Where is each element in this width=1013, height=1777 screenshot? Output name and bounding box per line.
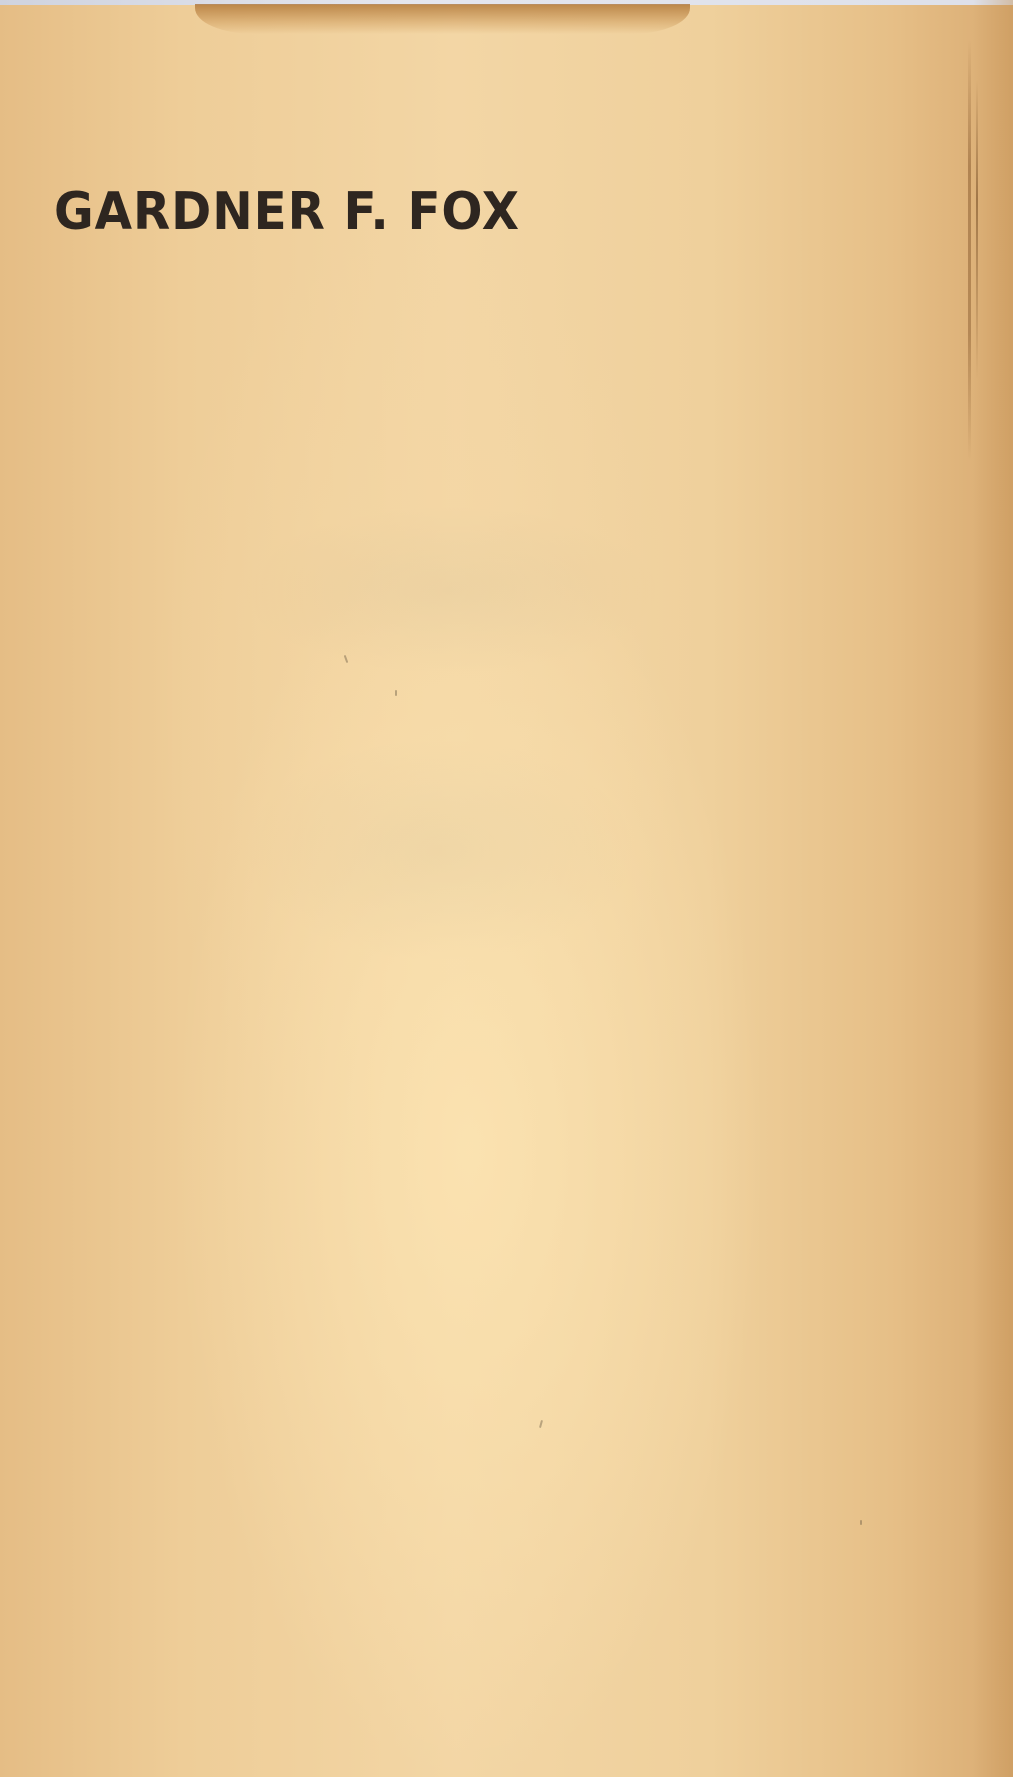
paper-speck xyxy=(539,1420,543,1428)
binding-crease xyxy=(968,40,971,460)
paper-speck xyxy=(344,655,349,663)
binding-crease-secondary xyxy=(976,80,978,380)
tape-stain xyxy=(195,4,690,34)
reverse-side-show-through xyxy=(140,330,760,1110)
book-page: GARDNER F. FOX xyxy=(0,0,1013,1777)
author-name: GARDNER F. FOX xyxy=(54,186,520,238)
paper-speck xyxy=(395,690,397,696)
page-edge-shadow xyxy=(973,0,1013,1777)
paper-speck xyxy=(860,1520,862,1525)
